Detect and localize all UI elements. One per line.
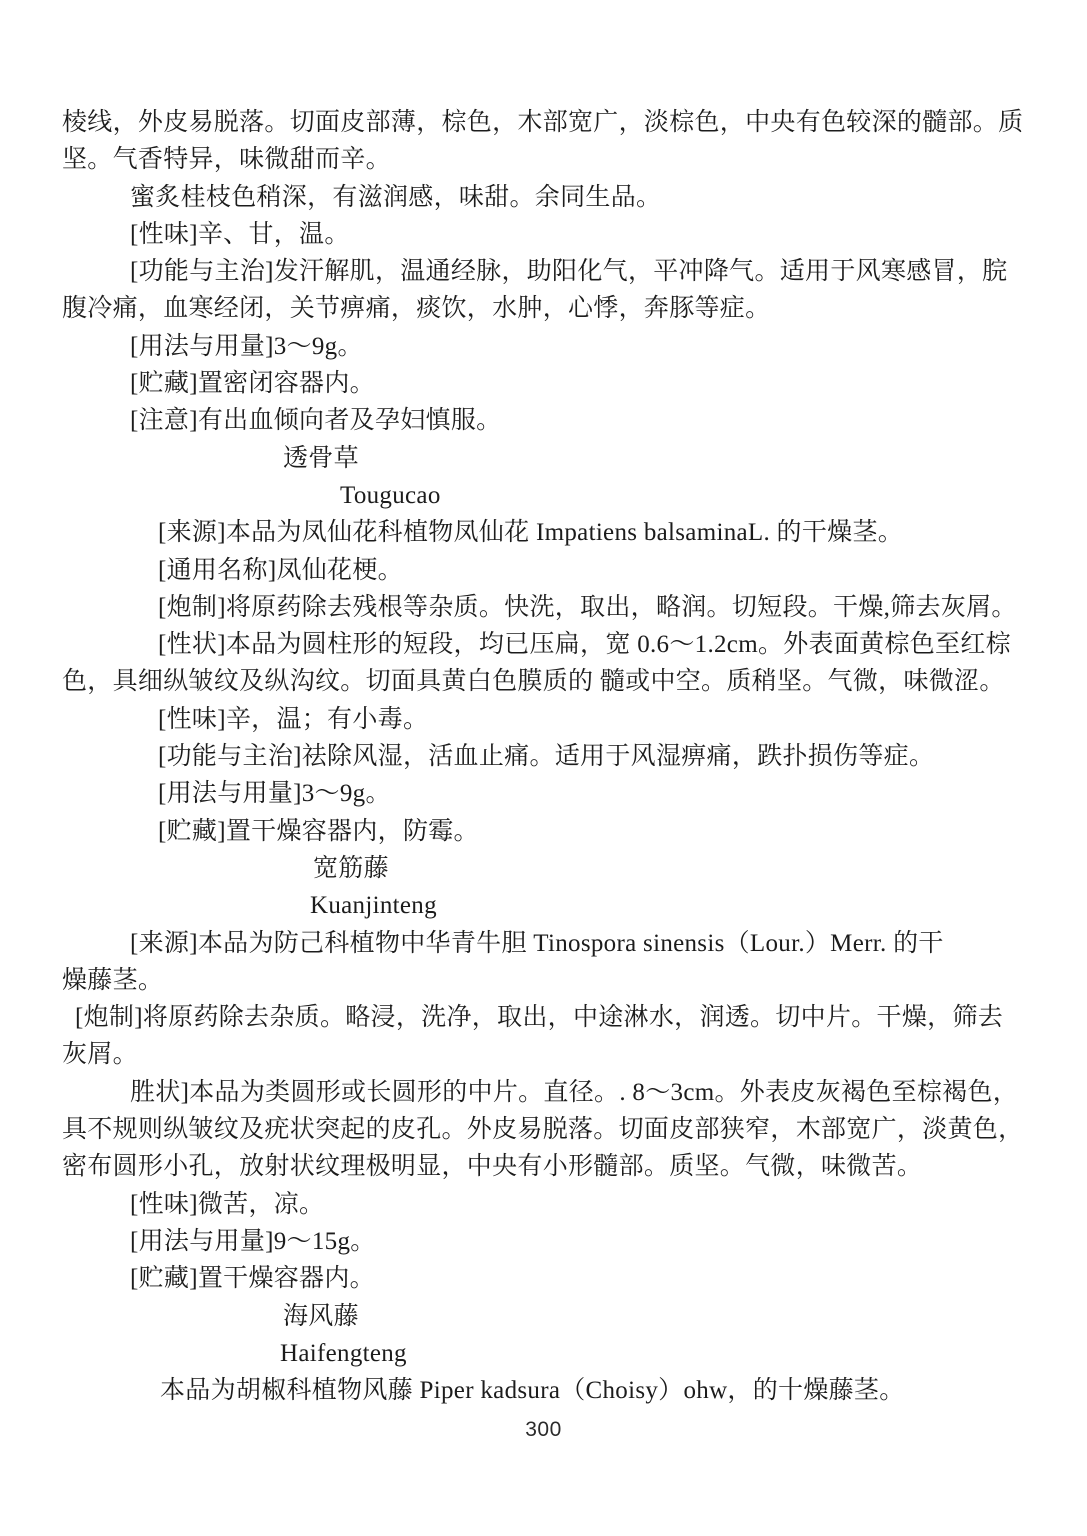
document-body: 棱线，外皮易脱落。切面皮部薄，棕色，木部宽广，淡棕色，中央有色较深的髓部。质坚。… xyxy=(0,0,1087,1409)
text-line: [来源]本品为防己科植物中华青牛胆 Tinospora sinensis（Lou… xyxy=(0,925,1087,962)
section-title-pinyin: Haifengteng xyxy=(0,1335,1087,1372)
text-line: 具不规则纵皱纹及疣状突起的皮孔。外皮易脱落。切面皮部狭窄，木部宽广，淡黄色， xyxy=(0,1111,1087,1148)
text-line: [性味]辛，温；有小毒。 xyxy=(0,701,1087,738)
text-line: 灰屑。 xyxy=(0,1036,1087,1073)
text-line: [贮藏]置干燥容器内，防霉。 xyxy=(0,813,1087,850)
text-line: [用法与用量]3～9g。 xyxy=(0,328,1087,365)
text-line: 胜状]本品为类圆形或长圆形的中片。直径。. 8～3cm。外表皮灰褐色至棕褐色， xyxy=(0,1074,1087,1111)
text-line: 燥藤茎。 xyxy=(0,962,1087,999)
text-line: [来源]本品为凤仙花科植物凤仙花 Impatiens balsaminaL. 的… xyxy=(0,514,1087,551)
text-line: [注意]有出血倾向者及孕妇慎服。 xyxy=(0,402,1087,439)
text-line: 密布圆形小孔，放射状纹理极明显，中央有小形髓部。质坚。气微，味微苦。 xyxy=(0,1148,1087,1185)
text-line: [功能与主治]发汗解肌，温通经脉，助阳化气，平冲降气。适用于风寒感冒，脘 xyxy=(0,253,1087,290)
text-line: [炮制]将原药除去杂质。略浸，洗净，取出，中途淋水，润透。切中片。干燥，筛去 xyxy=(0,999,1087,1036)
text-line: [炮制]将原药除去残根等杂质。快洗，取出，略润。切短段。干燥,筛去灰屑。 xyxy=(0,589,1087,626)
text-line: [性味]微苦，凉。 xyxy=(0,1186,1087,1223)
section-title-cn: 透骨草 xyxy=(0,440,1087,477)
text-line: 本品为胡椒科植物风藤 Piper kadsura（Choisy）ohw，的十燥藤… xyxy=(0,1372,1087,1409)
text-line: 色，具细纵皱纹及纵沟纹。切面具黄白色膜质的 髓或中空。质稍坚。气微，味微涩。 xyxy=(0,663,1087,700)
text-line: 坚。气香特异，味微甜而辛。 xyxy=(0,141,1087,178)
text-line: [通用名称]凤仙花梗。 xyxy=(0,552,1087,589)
text-line: 棱线，外皮易脱落。切面皮部薄，棕色，木部宽广，淡棕色，中央有色较深的髓部。质 xyxy=(0,104,1087,141)
text-line: [性状]本品为圆柱形的短段，均已压扁，宽 0.6～1.2cm。外表面黄棕色至红棕 xyxy=(0,626,1087,663)
text-line: 蜜炙桂枝色稍深，有滋润感，味甜。余同生品。 xyxy=(0,179,1087,216)
text-line: 腹冷痛，血寒经闭，关节痹痛，痰饮，水肿，心悸，奔豚等症。 xyxy=(0,290,1087,327)
text-line: [贮藏]置干燥容器内。 xyxy=(0,1260,1087,1297)
text-line: [性味]辛、甘，温。 xyxy=(0,216,1087,253)
section-title-cn: 海风藤 xyxy=(0,1298,1087,1335)
section-title-pinyin: Kuanjinteng xyxy=(0,887,1087,924)
page-number: 300 xyxy=(0,1418,1087,1442)
section-title-cn: 宽筋藤 xyxy=(0,850,1087,887)
text-line: [用法与用量]9～15g。 xyxy=(0,1223,1087,1260)
text-line: [用法与用量]3～9g。 xyxy=(0,775,1087,812)
text-line: [贮藏]置密闭容器内。 xyxy=(0,365,1087,402)
text-line: [功能与主治]祛除风湿，活血止痛。适用于风湿痹痛，跌扑损伤等症。 xyxy=(0,738,1087,775)
section-title-pinyin: Tougucao xyxy=(0,477,1087,514)
